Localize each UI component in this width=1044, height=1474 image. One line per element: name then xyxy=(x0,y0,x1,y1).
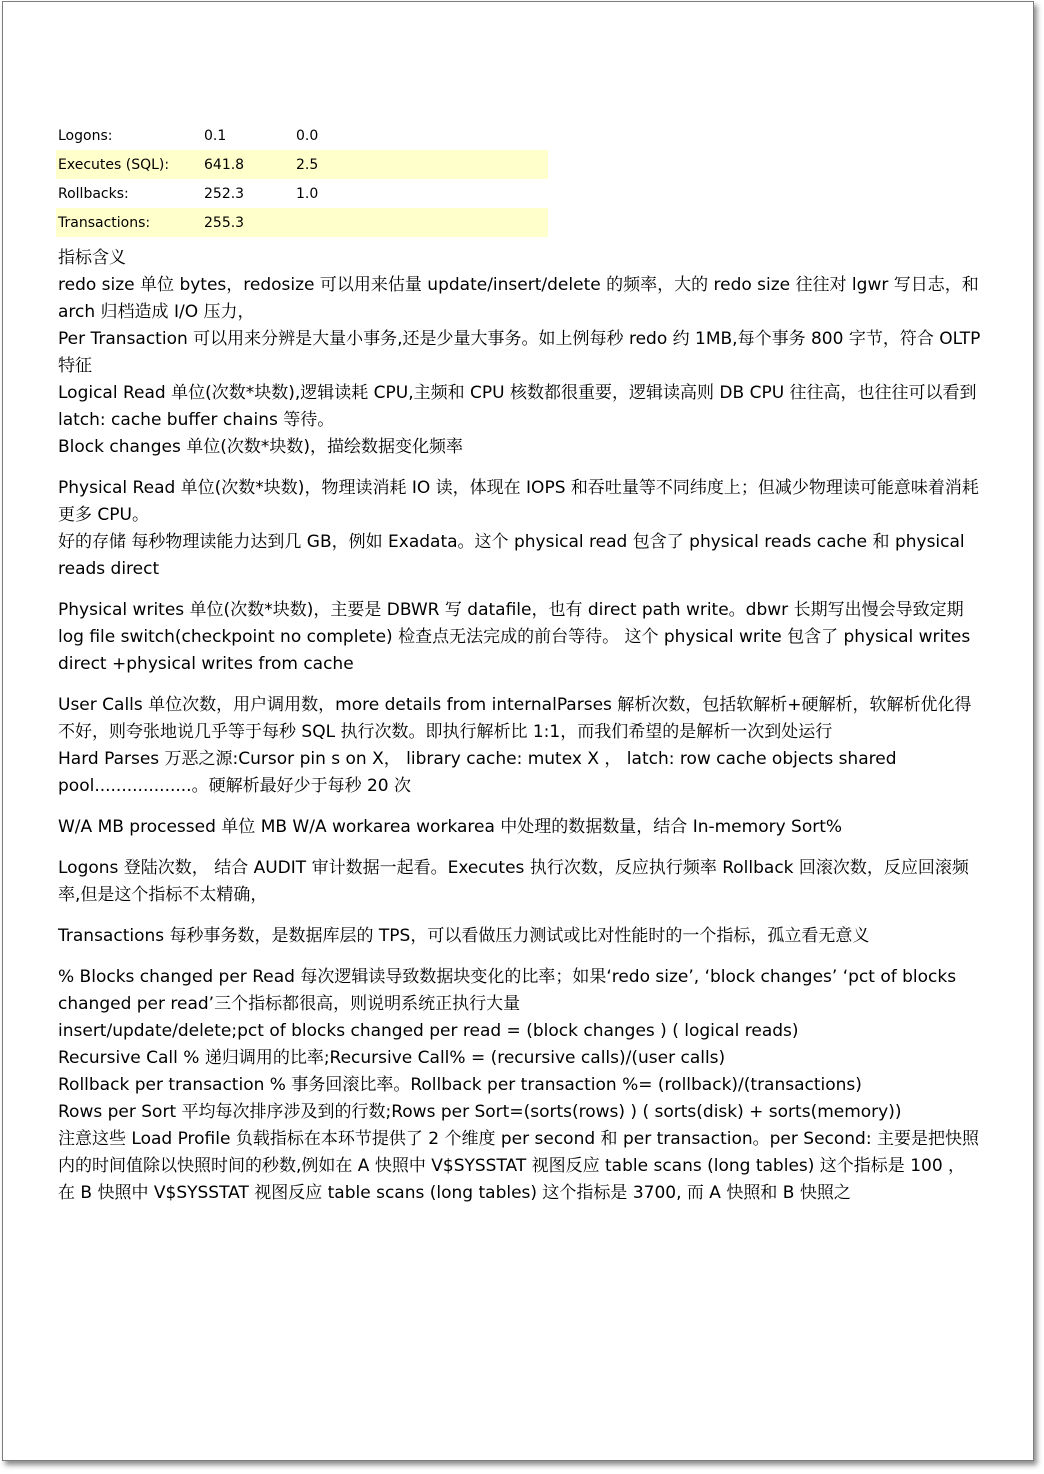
body-paragraphs: redo size 单位 bytes，redosize 可以用来估量 updat… xyxy=(58,272,983,1207)
paragraph: Logons 登陆次数， 结合 AUDIT 审计数据一起看。Executes 执… xyxy=(58,855,983,909)
section-heading: 指标含义 xyxy=(58,245,978,272)
metric-label: Executes (SQL): xyxy=(56,157,204,173)
paragraph: redo size 单位 bytes，redosize 可以用来估量 updat… xyxy=(58,272,983,326)
metric-value-1: 641.8 xyxy=(204,157,296,173)
table-row: Transactions:255.3 xyxy=(56,208,548,237)
metric-value-1: 252.3 xyxy=(204,186,296,202)
paragraph: % Blocks changed per Read 每次逻辑读导致数据块变化的比… xyxy=(58,964,983,1018)
metric-label: Rollbacks: xyxy=(56,186,204,202)
metric-value-2: 0.0 xyxy=(296,128,548,144)
document-page: Logons:0.10.0Executes (SQL):641.82.5Roll… xyxy=(2,1,1034,1461)
metric-value-1: 0.1 xyxy=(204,128,296,144)
metric-label: Transactions: xyxy=(56,215,204,231)
table-row: Executes (SQL):641.82.5 xyxy=(56,150,548,179)
paragraph: Transactions 每秒事务数，是数据库层的 TPS，可以看做压力测试或比… xyxy=(58,923,983,950)
paragraph: Physical Read 单位(次数*块数)，物理读消耗 IO 读，体现在 I… xyxy=(58,475,983,529)
paragraph: Physical writes 单位(次数*块数)，主要是 DBWR 写 dat… xyxy=(58,597,983,678)
metric-value-1: 255.3 xyxy=(204,215,296,231)
paragraph: 在 B 快照中 V$SYSSTAT 视图反应 table scans (long… xyxy=(58,1180,983,1207)
table-row: Logons:0.10.0 xyxy=(56,121,548,150)
paragraph: 注意这些 Load Profile 负载指标在本环节提供了 2 个维度 per … xyxy=(58,1126,983,1180)
paragraph: 好的存储 每秒物理读能力达到几 GB，例如 Exadata。这个 physica… xyxy=(58,529,983,583)
metric-value-2: 1.0 xyxy=(296,186,548,202)
paragraph: Recursive Call % 递归调用的比率;Recursive Call%… xyxy=(58,1045,983,1072)
load-profile-table: Logons:0.10.0Executes (SQL):641.82.5Roll… xyxy=(56,121,548,237)
paragraph: Rollback per transaction % 事务回滚比率。Rollba… xyxy=(58,1072,983,1099)
table-row: Rollbacks:252.31.0 xyxy=(56,179,548,208)
paragraph: W/A MB processed 单位 MB W/A workarea work… xyxy=(58,814,983,841)
metric-label: Logons: xyxy=(56,128,204,144)
paragraph: Block changes 单位(次数*块数)，描绘数据变化频率 xyxy=(58,434,983,461)
paragraph: Logical Read 单位(次数*块数),逻辑读耗 CPU,主频和 CPU … xyxy=(58,380,983,434)
paragraph: User Calls 单位次数，用户调用数，more details from … xyxy=(58,692,983,746)
paragraph: Rows per Sort 平均每次排序涉及到的行数;Rows per Sort… xyxy=(58,1099,983,1126)
metric-value-2: 2.5 xyxy=(296,157,548,173)
paragraph: Per Transaction 可以用来分辨是大量小事务,还是少量大事务。如上例… xyxy=(58,326,983,380)
paragraph: insert/update/delete;pct of blocks chang… xyxy=(58,1018,983,1045)
paragraph: Hard Parses 万恶之源:Cursor pin s on X， libr… xyxy=(58,746,983,800)
